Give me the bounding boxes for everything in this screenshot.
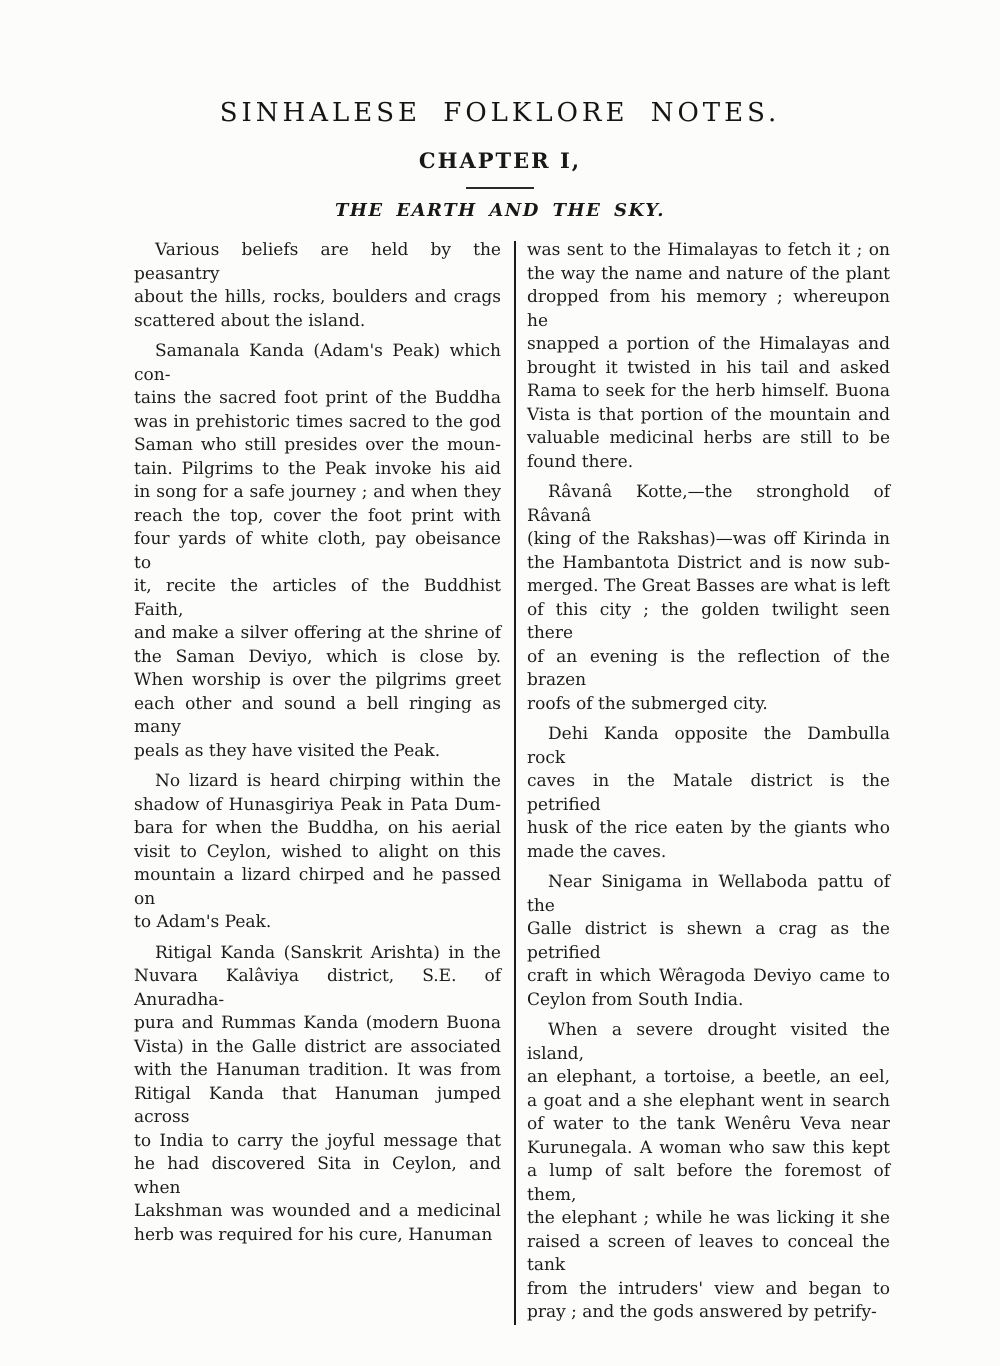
text-line: Ritigal Kanda that Hanuman jumped across [134, 1083, 501, 1130]
text-line: Lakshman was wounded and a medicinal [134, 1200, 501, 1224]
text-line: caves in the Matale district is the petr… [527, 770, 890, 817]
text-line: bara for when the Buddha, on his aerial [134, 817, 501, 841]
paragraph: Râvanâ Kotte,—the stronghold of Râvanâ(k… [527, 481, 890, 716]
paragraph: No lizard is heard chirping within thesh… [134, 770, 501, 935]
text-line: craft in which Wêragoda Deviyo came to [527, 965, 890, 989]
text-line: valuable medicinal herbs are still to be [527, 427, 890, 451]
text-line: to Adam's Peak. [134, 911, 501, 935]
paragraph: Various beliefs are held by the peasantr… [134, 239, 501, 333]
text-line: a lump of salt before the foremost of th… [527, 1160, 890, 1207]
right-column: was sent to the Himalayas to fetch it ; … [527, 239, 890, 1325]
text-line: Samanala Kanda (Adam's Peak) which con- [134, 340, 501, 387]
text-line: roofs of the submerged city. [527, 693, 890, 717]
page-title: SINHALESE FOLKLORE NOTES. [0, 98, 1000, 128]
text-line: in song for a safe journey ; and when th… [134, 481, 501, 505]
text-line: Ritigal Kanda (Sanskrit Arishta) in the [134, 942, 501, 966]
text-line: a goat and a she elephant went in search [527, 1090, 890, 1114]
text-line: of an evening is the reflection of the b… [527, 646, 890, 693]
text-line: the way the name and nature of the plant [527, 263, 890, 287]
page-header: SINHALESE FOLKLORE NOTES. CHAPTER I, THE… [0, 0, 1000, 221]
text-line: snapped a portion of the Himalayas and [527, 333, 890, 357]
text-line: Nuvara Kalâviya district, S.E. of Anurad… [134, 965, 501, 1012]
text-line: and make a silver offering at the shrine… [134, 622, 501, 646]
text-line: was sent to the Himalayas to fetch it ; … [527, 239, 890, 263]
left-column: Various beliefs are held by the peasantr… [134, 239, 501, 1325]
text-line: each other and sound a bell ringing as m… [134, 693, 501, 740]
book-page: SINHALESE FOLKLORE NOTES. CHAPTER I, THE… [0, 0, 1000, 1366]
text-line: When a severe drought visited the island… [527, 1019, 890, 1066]
paragraph: Near Sinigama in Wellaboda pattu of theG… [527, 871, 890, 1012]
section-title: THE EARTH AND THE SKY. [0, 200, 1000, 221]
text-line: to India to carry the joyful message tha… [134, 1130, 501, 1154]
text-line: merged. The Great Basses are what is lef… [527, 575, 890, 599]
text-line: Galle district is shewn a crag as the pe… [527, 918, 890, 965]
paragraph: Ritigal Kanda (Sanskrit Arishta) in theN… [134, 942, 501, 1248]
text-line: with the Hanuman tradition. It was from [134, 1059, 501, 1083]
text-line: it, recite the articles of the Buddhist … [134, 575, 501, 622]
text-line: peals as they have visited the Peak. [134, 740, 501, 764]
paragraph: Dehi Kanda opposite the Dambulla rockcav… [527, 723, 890, 864]
text-line: (king of the Rakshas)—was off Kirinda in [527, 528, 890, 552]
text-line: reach the top, cover the foot print with [134, 505, 501, 529]
text-line: Saman who still presides over the moun- [134, 434, 501, 458]
text-line: pray ; and the gods answered by petrify- [527, 1301, 890, 1325]
text-line: of this city ; the golden twilight seen … [527, 599, 890, 646]
text-line: mountain a lizard chirped and he passed … [134, 864, 501, 911]
text-line: the Hambantota District and is now sub- [527, 552, 890, 576]
text-line: Ceylon from South India. [527, 989, 890, 1013]
text-line: When worship is over the pilgrims greet [134, 669, 501, 693]
paragraph: was sent to the Himalayas to fetch it ; … [527, 239, 890, 474]
paragraph: When a severe drought visited the island… [527, 1019, 890, 1325]
text-line: the Saman Deviyo, which is close by. [134, 646, 501, 670]
text-columns: Various beliefs are held by the peasantr… [134, 239, 890, 1325]
text-line: an elephant, a tortoise, a beetle, an ee… [527, 1066, 890, 1090]
column-divider-rule [514, 241, 516, 1325]
text-line: husk of the rice eaten by the giants who [527, 817, 890, 841]
text-line: four yards of white cloth, pay obeisance… [134, 528, 501, 575]
text-line: Near Sinigama in Wellaboda pattu of the [527, 871, 890, 918]
text-line: Kurunegala. A woman who saw this kept [527, 1137, 890, 1161]
paragraph: Samanala Kanda (Adam's Peak) which con-t… [134, 340, 501, 763]
text-line: about the hills, rocks, boulders and cra… [134, 286, 501, 310]
text-line: visit to Ceylon, wished to alight on thi… [134, 841, 501, 865]
text-line: Vista) in the Galle district are associa… [134, 1036, 501, 1060]
text-line: tains the sacred foot print of the Buddh… [134, 387, 501, 411]
text-line: scattered about the island. [134, 310, 501, 334]
text-line: from the intruders' view and began to [527, 1278, 890, 1302]
text-line: the elephant ; while he was licking it s… [527, 1207, 890, 1231]
text-line: dropped from his memory ; whereupon he [527, 286, 890, 333]
text-line: tain. Pilgrims to the Peak invoke his ai… [134, 458, 501, 482]
text-line: found there. [527, 451, 890, 475]
text-line: raised a screen of leaves to conceal the… [527, 1231, 890, 1278]
text-line: he had discovered Sita in Ceylon, and wh… [134, 1153, 501, 1200]
text-line: Râvanâ Kotte,—the stronghold of Râvanâ [527, 481, 890, 528]
text-line: shadow of Hunasgiriya Peak in Pata Dum- [134, 794, 501, 818]
text-line: was in prehistoric times sacred to the g… [134, 411, 501, 435]
text-line: herb was required for his cure, Hanuman [134, 1224, 501, 1248]
text-line: brought it twisted in his tail and asked [527, 357, 890, 381]
text-line: Rama to seek for the herb himself. Buona [527, 380, 890, 404]
text-line: of water to the tank Wenêru Veva near [527, 1113, 890, 1137]
text-line: Various beliefs are held by the peasantr… [134, 239, 501, 286]
text-line: pura and Rummas Kanda (modern Buona [134, 1012, 501, 1036]
chapter-rule-divider [466, 187, 534, 189]
text-line: Vista is that portion of the mountain an… [527, 404, 890, 428]
text-line: Dehi Kanda opposite the Dambulla rock [527, 723, 890, 770]
text-line: made the caves. [527, 841, 890, 865]
chapter-heading: CHAPTER I, [0, 148, 1000, 173]
text-line: No lizard is heard chirping within the [134, 770, 501, 794]
